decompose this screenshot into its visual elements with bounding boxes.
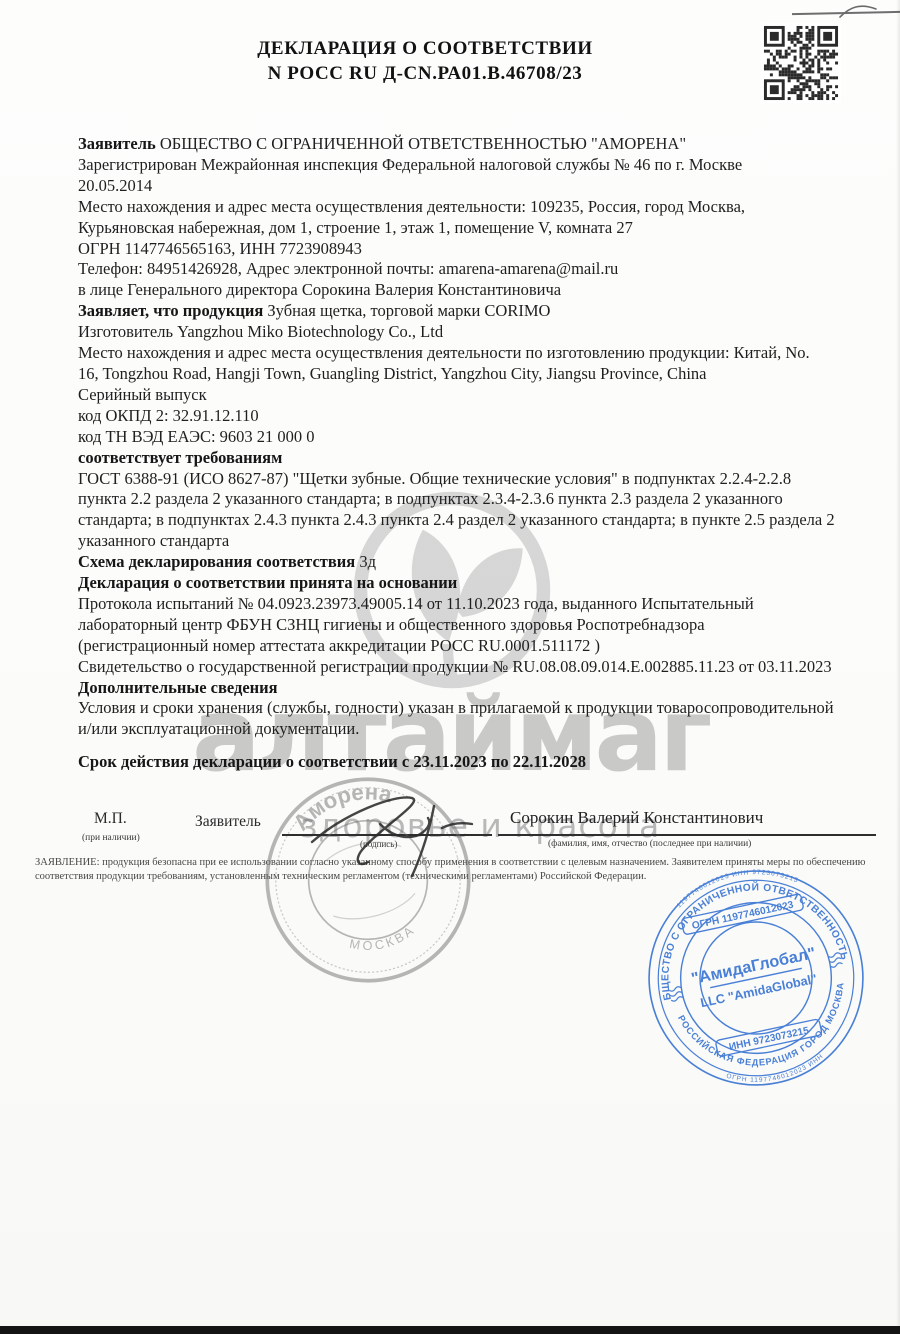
paragraph-certificate: Свидетельство о государственной регистра… — [78, 657, 836, 678]
signatory-name: Сорокин Валерий Константинович — [510, 808, 763, 828]
paragraph-product: Заявляет, что продукция Зубная щетка, то… — [78, 301, 836, 322]
document-title: ДЕКЛАРАЦИЯ О СООТВЕТСТВИИ N РОСС RU Д-CN… — [120, 36, 730, 86]
paragraph-basis: Декларация о соответствии принята на осн… — [78, 573, 836, 594]
paragraph-applicant: Заявитель ОБЩЕСТВО С ОГРАНИЧЕННОЙ ОТВЕТС… — [78, 134, 836, 155]
paragraph-protocol: Протокола испытаний № 04.0923.23973.4900… — [78, 594, 836, 657]
pen-mark — [836, 1, 880, 21]
paragraph-ogrn-inn: ОГРН 1147746565163, ИНН 7723908943 — [78, 239, 836, 260]
scan-bottom-edge — [0, 1326, 900, 1334]
svg-text:МОСКВА: МОСКВА — [345, 920, 421, 960]
page-edge-shadow — [896, 0, 900, 1334]
paragraph-okpd: код ОКПД 2: 32.91.12.110 — [78, 406, 836, 427]
applicant-label: Заявитель — [195, 813, 261, 831]
paragraph-gost: ГОСТ 6388-91 (ИСО 8627-87) "Щетки зубные… — [78, 469, 836, 553]
paragraph-tnved: код ТН ВЭД ЕАЭС: 9603 21 000 0 — [78, 427, 836, 448]
handwritten-signature — [284, 784, 499, 884]
paragraph-manufacturer-address: Место нахождения и адрес места осуществл… — [78, 343, 836, 385]
stamp-place-note: (при наличии) — [82, 833, 140, 843]
paragraph-director: в лице Генерального директора Сорокина В… — [78, 280, 836, 301]
paragraph-address: Место нахождения и адрес места осуществл… — [78, 197, 836, 239]
blue-round-stamp: ОБЩЕСТВО С ОГРАНИЧЕННОЙ ОТВЕТСТВЕННОСТЬЮ… — [644, 866, 868, 1090]
title-line-1: ДЕКЛАРАЦИЯ О СООТВЕТСТВИИ — [120, 36, 730, 61]
name-line — [498, 834, 876, 836]
paragraph-validity: Срок действия декларации о соответствии … — [78, 752, 836, 773]
label-product: Заявляет, что продукция — [78, 301, 267, 320]
stamp-place-label: М.П. — [94, 810, 127, 828]
title-line-2: N РОСС RU Д-CN.РА01.В.46708/23 — [120, 61, 730, 86]
qr-code-icon — [761, 23, 841, 103]
scanned-declaration-page: ДЕКЛАРАЦИЯ О СООТВЕТСТВИИ N РОСС RU Д-CN… — [0, 0, 900, 1334]
document-body: Заявитель ОБЩЕСТВО С ОГРАНИЧЕННОЙ ОТВЕТС… — [78, 134, 836, 773]
gray-stamp-city: МОСКВА — [345, 920, 421, 960]
paragraph-storage: Условия и сроки хранения (службы, годнос… — [78, 698, 836, 740]
name-caption: (фамилия, имя, отчество (последнее при н… — [548, 839, 751, 849]
paragraph-scheme: Схема декларирования соответствия 3д — [78, 552, 836, 573]
paragraph-manufacturer: Изготовитель Yangzhou Miko Biotechnology… — [78, 322, 836, 343]
paragraph-meets-requirements: соответствует требованиям — [78, 448, 836, 469]
paragraph-additional-info: Дополнительные сведения — [78, 678, 836, 699]
paragraph-registered: Зарегистрирован Межрайонная инспекция Фе… — [78, 155, 836, 197]
paragraph-serial: Серийный выпуск — [78, 385, 836, 406]
paragraph-phone-email: Телефон: 84951426928, Адрес электронной … — [78, 259, 836, 280]
label-applicant: Заявитель — [78, 134, 160, 153]
